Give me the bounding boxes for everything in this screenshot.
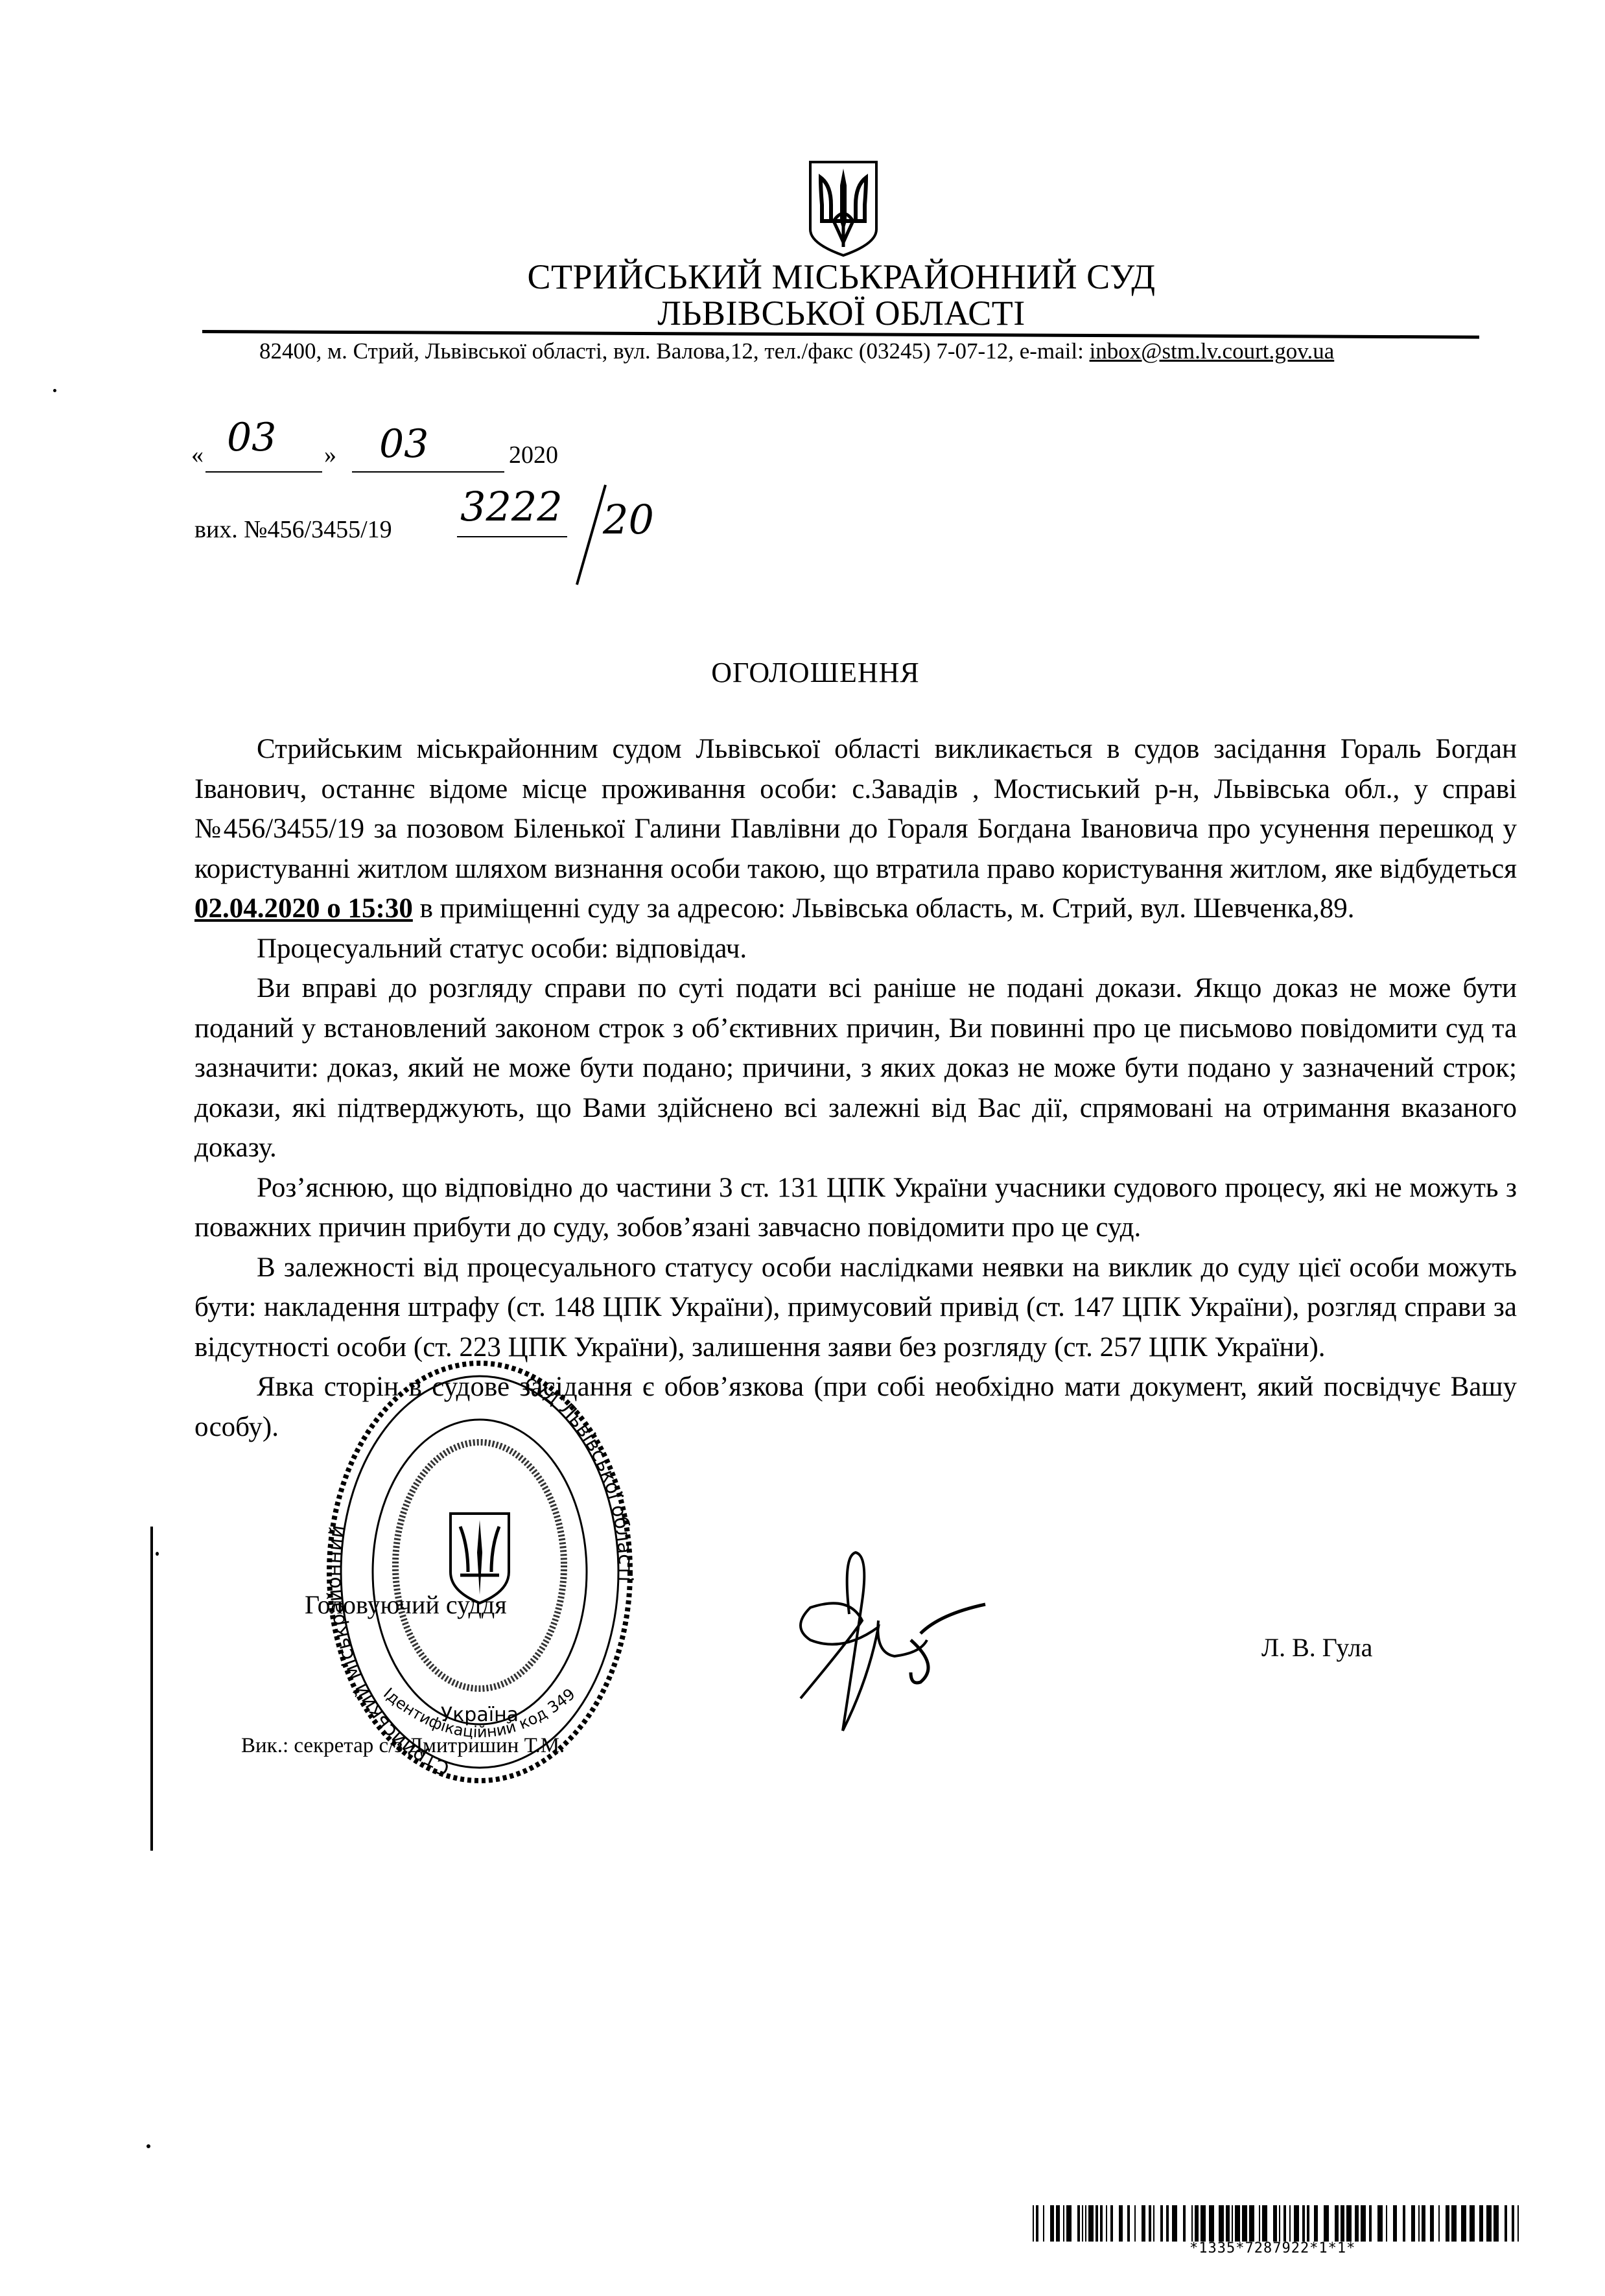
court-name-line2: ЛЬВІВСЬКОЇ ОБЛАСТІ: [39, 293, 1605, 333]
letter-date: « 03 » 03 2020: [191, 431, 645, 483]
outgoing-number: вих. №456/3455/19 3222 20: [194, 502, 778, 561]
letter-year: 2020: [509, 441, 558, 469]
handwritten-outgoing-suffix: 20: [603, 496, 654, 543]
trident-coat-of-arms-icon: [808, 159, 879, 257]
handwritten-signature-icon: [771, 1543, 1050, 1737]
scan-speck: [53, 389, 56, 392]
hearing-datetime: 02.04.2020 о 15:30: [194, 893, 413, 924]
day-blank: [205, 471, 322, 473]
summons-text: Стрийським міськрайонним судом Львівсько…: [194, 734, 1517, 884]
signatory-role: Головуючий суддя: [305, 1589, 507, 1620]
announcement-body: Стрийським міськрайонним судом Львівсько…: [194, 729, 1517, 1447]
paragraph-explanation: Роз’яснюю, що відповідно до частини 3 ст…: [194, 1168, 1517, 1248]
quote-close: »: [324, 441, 336, 469]
handwritten-outgoing-number: 3222: [460, 483, 563, 530]
signatory-name: Л. В. Гула: [1261, 1632, 1372, 1663]
paragraph-status: Процесуальний статус особи: відповідач.: [194, 929, 1517, 969]
barcode-number: *1335*7287922*1*1*: [1189, 2240, 1355, 2256]
month-blank: [352, 471, 504, 473]
scan-speck: [146, 2144, 150, 2148]
outgoing-number-blank: [457, 536, 567, 537]
email-link[interactable]: inbox@stm.lv.court.gov.ua: [1090, 338, 1335, 364]
stamp-outer-text-right: суд Львівської області: [521, 1370, 635, 1582]
paragraph-consequences: В залежності від процесуального статусу …: [194, 1248, 1517, 1368]
summons-address: в приміщенні суду за адресою: Львівська …: [413, 893, 1355, 924]
paragraph-evidence: Ви вправі до розгляду справи по суті под…: [194, 968, 1517, 1168]
official-round-seal-icon: Стрийський міськрайонний суд Львівської …: [324, 1358, 635, 1786]
address-text: 82400, м. Стрий, Львівської області, вул…: [259, 338, 1090, 364]
document-title: ОГОЛОШЕННЯ: [0, 656, 1605, 689]
handwritten-month: 03: [379, 421, 428, 467]
scan-edge-line: [150, 1527, 153, 1851]
svg-text:суд Львівської області: суд Львівської області: [521, 1370, 635, 1582]
executor-note: Вик.: секретар с/з Дмитришин Т.М.: [241, 1734, 565, 1758]
outgoing-prefix: вих. №456/3455/19: [194, 515, 392, 544]
quote-open: «: [191, 441, 204, 469]
barcode-icon: [1033, 2205, 1519, 2242]
handwritten-slash: [576, 485, 607, 585]
paragraph-summons: Стрийським міськрайонним судом Львівсько…: [194, 729, 1517, 929]
court-address: 82400, м. Стрий, Львівської області, вул…: [259, 338, 1334, 364]
court-name-line1: СТРИЙСЬКИЙ МІСЬКРАЙОННИЙ СУД: [39, 257, 1605, 297]
handwritten-day: 03: [227, 415, 276, 460]
scan-speck: [156, 1552, 159, 1556]
